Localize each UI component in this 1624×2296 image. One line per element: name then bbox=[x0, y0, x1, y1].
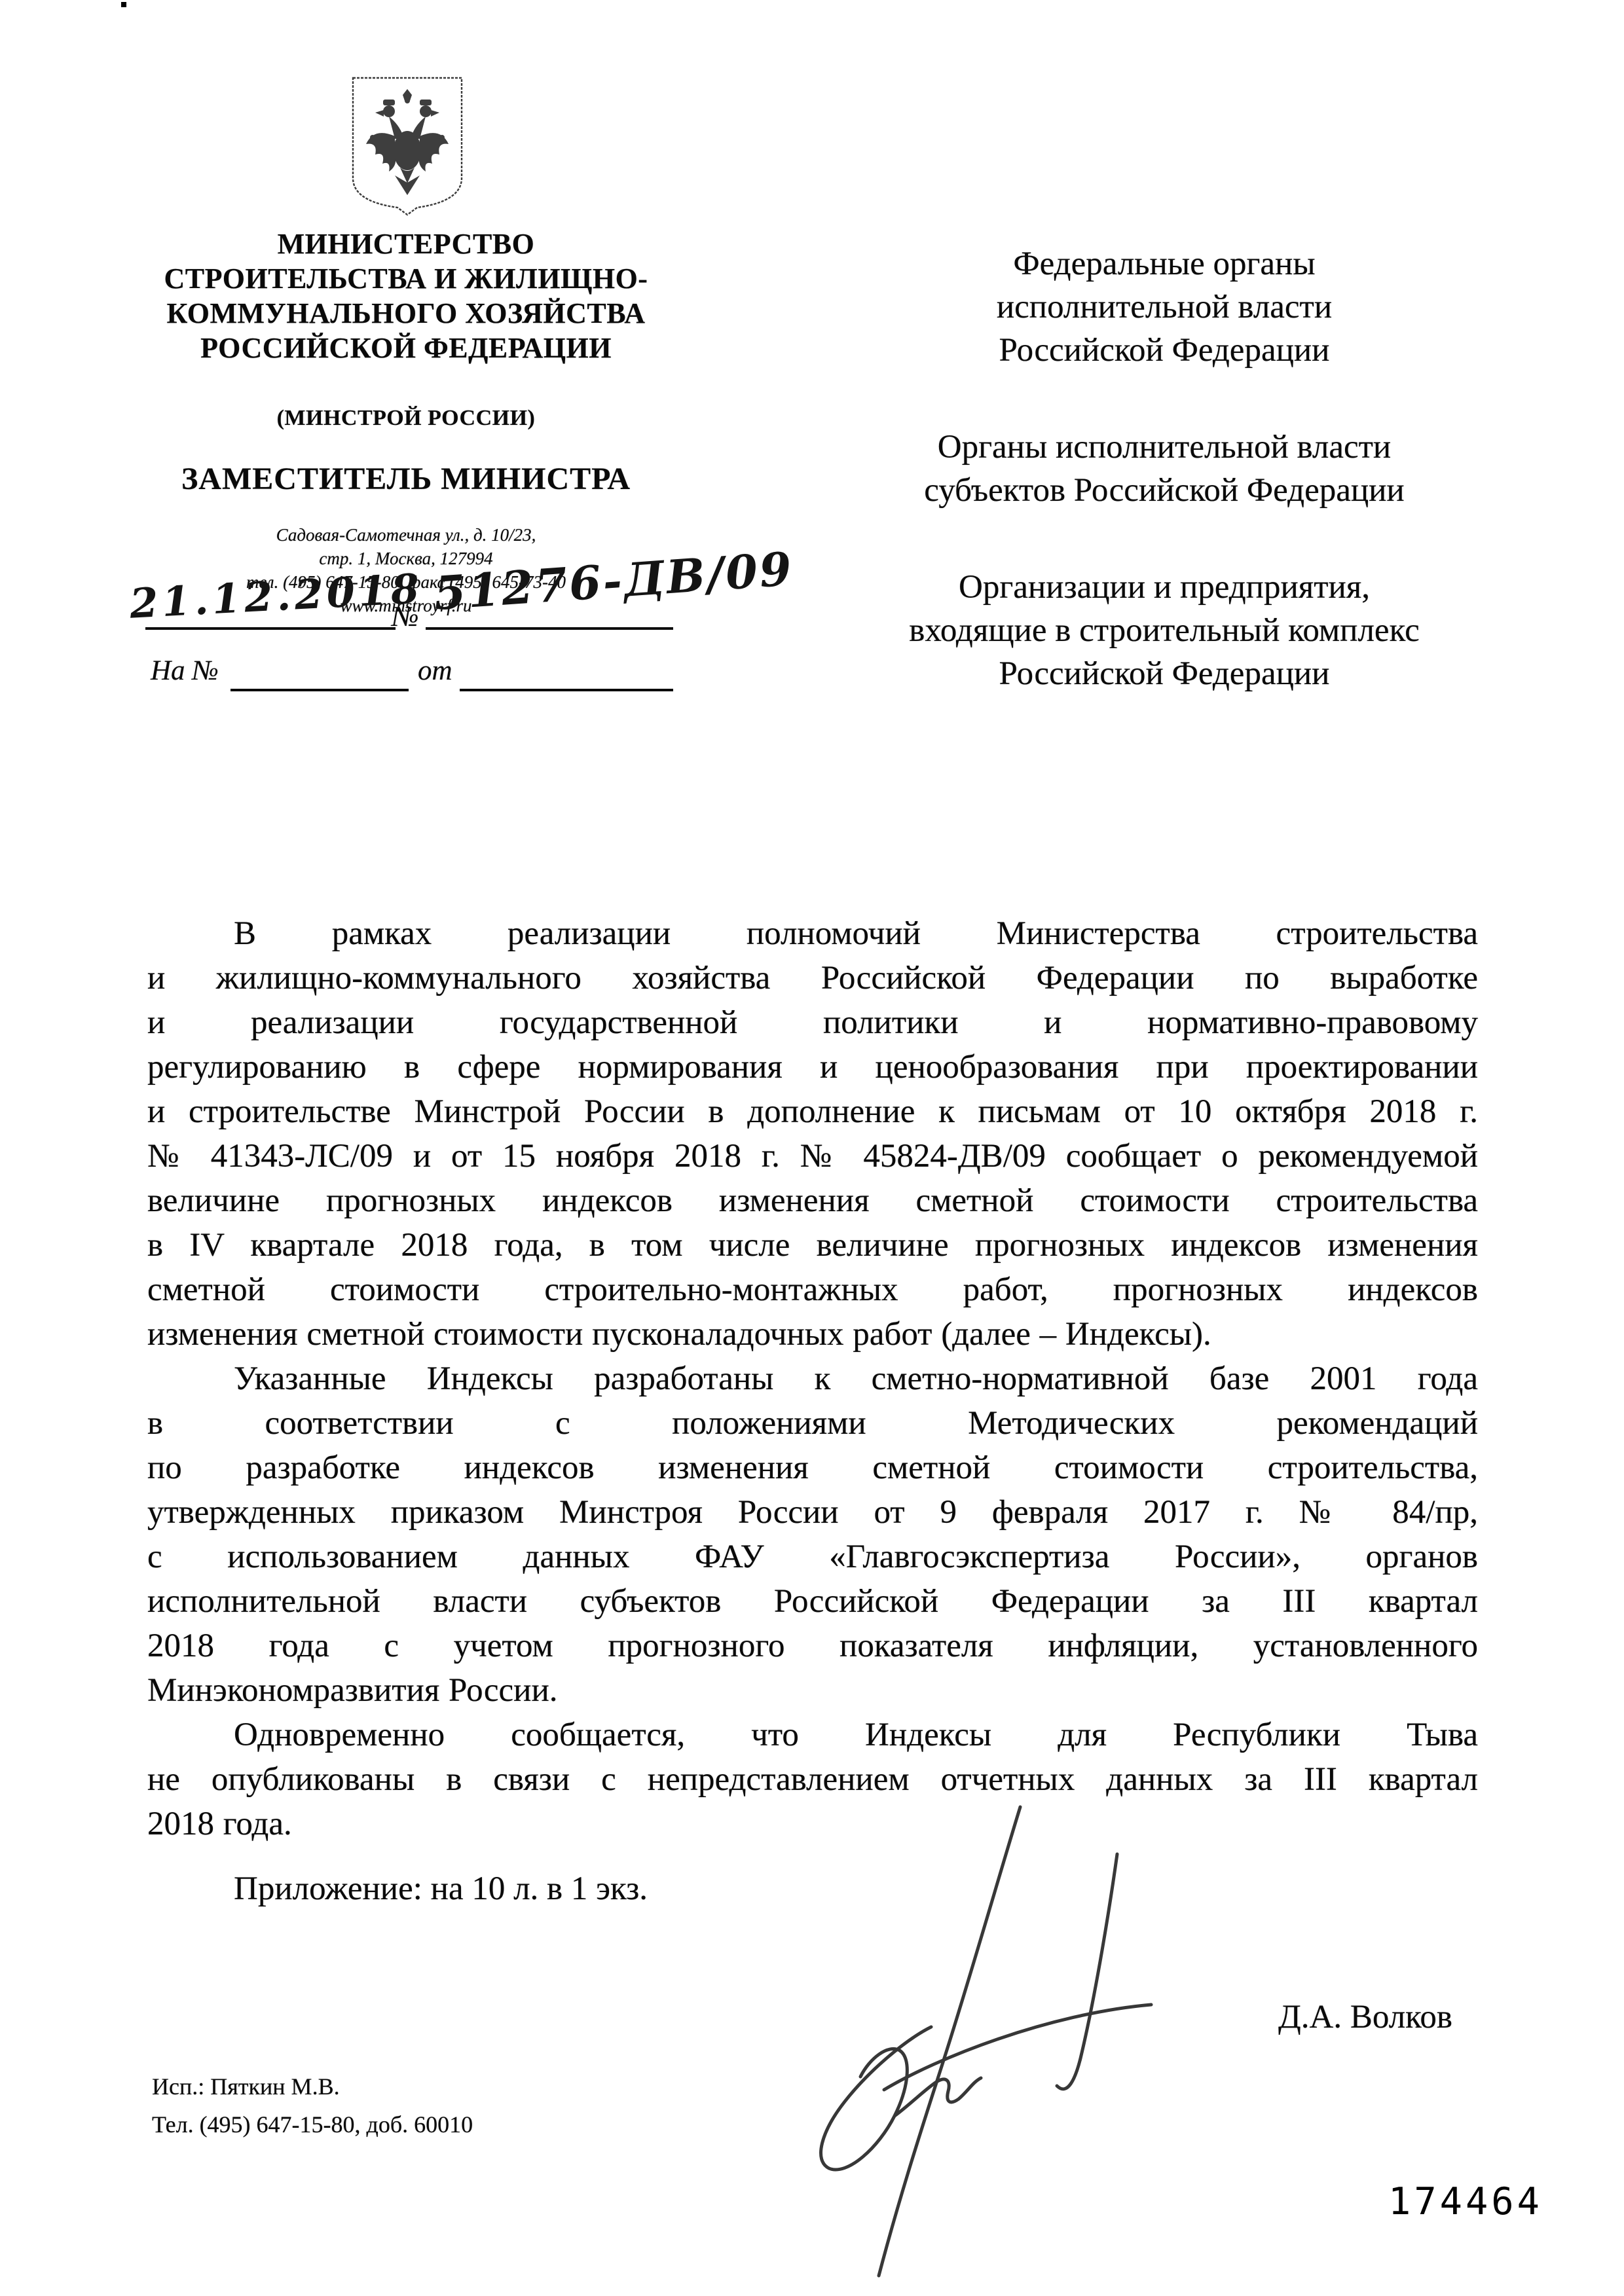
reply-date-label: от bbox=[418, 655, 452, 687]
attachment-note: Приложение: на 10 л. в 1 экз. bbox=[234, 1870, 648, 1908]
paragraph-1-line-7: величине прогнозных индексов изменения с… bbox=[147, 1178, 1478, 1223]
date-underline bbox=[145, 627, 396, 630]
executor-phone: Тел. (495) 647-15-80, доб. 60010 bbox=[152, 2105, 473, 2143]
addressee-3-line-3: Российской Федерации bbox=[821, 652, 1508, 695]
address-line-1: Садовая-Самотечная ул., д. 10/23, bbox=[118, 523, 694, 547]
ministry-name-line-1: МИНИСТЕРСТВО bbox=[118, 227, 694, 261]
paragraph-1-line-2: и жилищно-коммунального хозяйства Россий… bbox=[147, 956, 1478, 1000]
addressee-1-line-3: Российской Федерации bbox=[821, 329, 1508, 372]
scan-speck bbox=[121, 2, 126, 7]
addressee-block-2: Органы исполнительной властисубъектов Ро… bbox=[821, 426, 1508, 512]
paragraph-2: Указанные Индексы разработаны к сметно-н… bbox=[147, 1357, 1478, 1713]
number-underline bbox=[426, 627, 673, 630]
paragraph-2-line-1: Указанные Индексы разработаны к сметно-н… bbox=[147, 1357, 1478, 1401]
addressee-3-line-1: Организации и предприятия, bbox=[821, 566, 1508, 609]
signer-name: Д.А. Волков bbox=[1278, 1998, 1452, 2036]
number-sign: № bbox=[392, 600, 419, 633]
paragraph-2-line-8: Минэкономразвития России. bbox=[147, 1668, 1478, 1713]
scanned-letter-page: МИНИСТЕРСТВОСТРОИТЕЛЬСТВА И ЖИЛИЩНО-КОММ… bbox=[0, 0, 1624, 2296]
ministry-name: МИНИСТЕРСТВОСТРОИТЕЛЬСТВА И ЖИЛИЩНО-КОММ… bbox=[118, 227, 694, 365]
paragraph-2-line-5: с использованием данных ФАУ «Главгосэксп… bbox=[147, 1535, 1478, 1579]
addressee-3-line-2: входящие в строительный комплекс bbox=[821, 609, 1508, 652]
reply-date-underline bbox=[460, 689, 673, 691]
signer-position-title: ЗАМЕСТИТЕЛЬ МИНИСТРА bbox=[118, 461, 694, 497]
reply-number-label: На № bbox=[151, 655, 219, 687]
paragraph-1-line-5: и строительстве Минстрой России в дополн… bbox=[147, 1089, 1478, 1134]
paragraph-1: В рамках реализации полномочий Министерс… bbox=[147, 911, 1478, 1357]
addressee-block-1: Федеральные органыисполнительной властиР… bbox=[821, 242, 1508, 372]
paragraph-1-line-4: регулированию в сфере нормирования и цен… bbox=[147, 1045, 1478, 1089]
addressee-block-3: Организации и предприятия,входящие в стр… bbox=[821, 566, 1508, 695]
signature-scribble bbox=[740, 1783, 1185, 2287]
paragraph-1-line-10: изменения сметной стоимости пусконаладоч… bbox=[147, 1312, 1478, 1357]
ministry-short-name: (МИНСТРОЙ РОССИИ) bbox=[118, 406, 694, 431]
paragraph-2-line-2: в соответствии с положениями Методически… bbox=[147, 1401, 1478, 1446]
ministry-name-line-3: КОММУНАЛЬНОГО ХОЗЯЙСТВА bbox=[118, 296, 694, 331]
letter-body: В рамках реализации полномочий Министерс… bbox=[147, 911, 1478, 1846]
paragraph-1-line-9: сметной стоимости строительно-монтажных … bbox=[147, 1267, 1478, 1312]
paragraph-2-line-3: по разработке индексов изменения сметной… bbox=[147, 1446, 1478, 1490]
paragraph-3-line-1: Одновременно сообщается, что Индексы для… bbox=[147, 1713, 1478, 1757]
addressee-1-line-2: исполнительной власти bbox=[821, 285, 1508, 329]
addressee-2-line-1: Органы исполнительной власти bbox=[821, 426, 1508, 469]
paragraph-2-line-7: 2018 года с учетом прогнозного показател… bbox=[147, 1624, 1478, 1668]
registration-stamp-number: 174464 bbox=[1388, 2180, 1543, 2223]
addressee-list: Федеральные органыисполнительной властиР… bbox=[821, 242, 1508, 749]
addressee-2-line-2: субъектов Российской Федерации bbox=[821, 469, 1508, 512]
ministry-name-line-4: РОССИЙСКОЙ ФЕДЕРАЦИИ bbox=[118, 331, 694, 365]
executor-name: Исп.: Пяткин М.В. bbox=[152, 2068, 473, 2105]
paragraph-1-line-8: в IV квартале 2018 года, в том числе вел… bbox=[147, 1223, 1478, 1267]
executor-block: Исп.: Пяткин М.В. Тел. (495) 647-15-80, … bbox=[152, 2068, 473, 2143]
ministry-name-line-2: СТРОИТЕЛЬСТВА И ЖИЛИЩНО- bbox=[118, 261, 694, 296]
paragraph-1-line-6: № 41343-ЛС/09 и от 15 ноября 2018 г. № 4… bbox=[147, 1134, 1478, 1178]
paragraph-2-line-4: утвержденных приказом Минстроя России от… bbox=[147, 1490, 1478, 1535]
addressee-1-line-1: Федеральные органы bbox=[821, 242, 1508, 285]
reply-number-underline bbox=[231, 689, 409, 691]
coat-of-arms-icon bbox=[349, 75, 466, 217]
paragraph-2-line-6: исполнительной власти субъектов Российск… bbox=[147, 1579, 1478, 1624]
paragraph-1-line-3: и реализации государственной политики и … bbox=[147, 1000, 1478, 1045]
paragraph-1-line-1: В рамках реализации полномочий Министерс… bbox=[147, 911, 1478, 956]
